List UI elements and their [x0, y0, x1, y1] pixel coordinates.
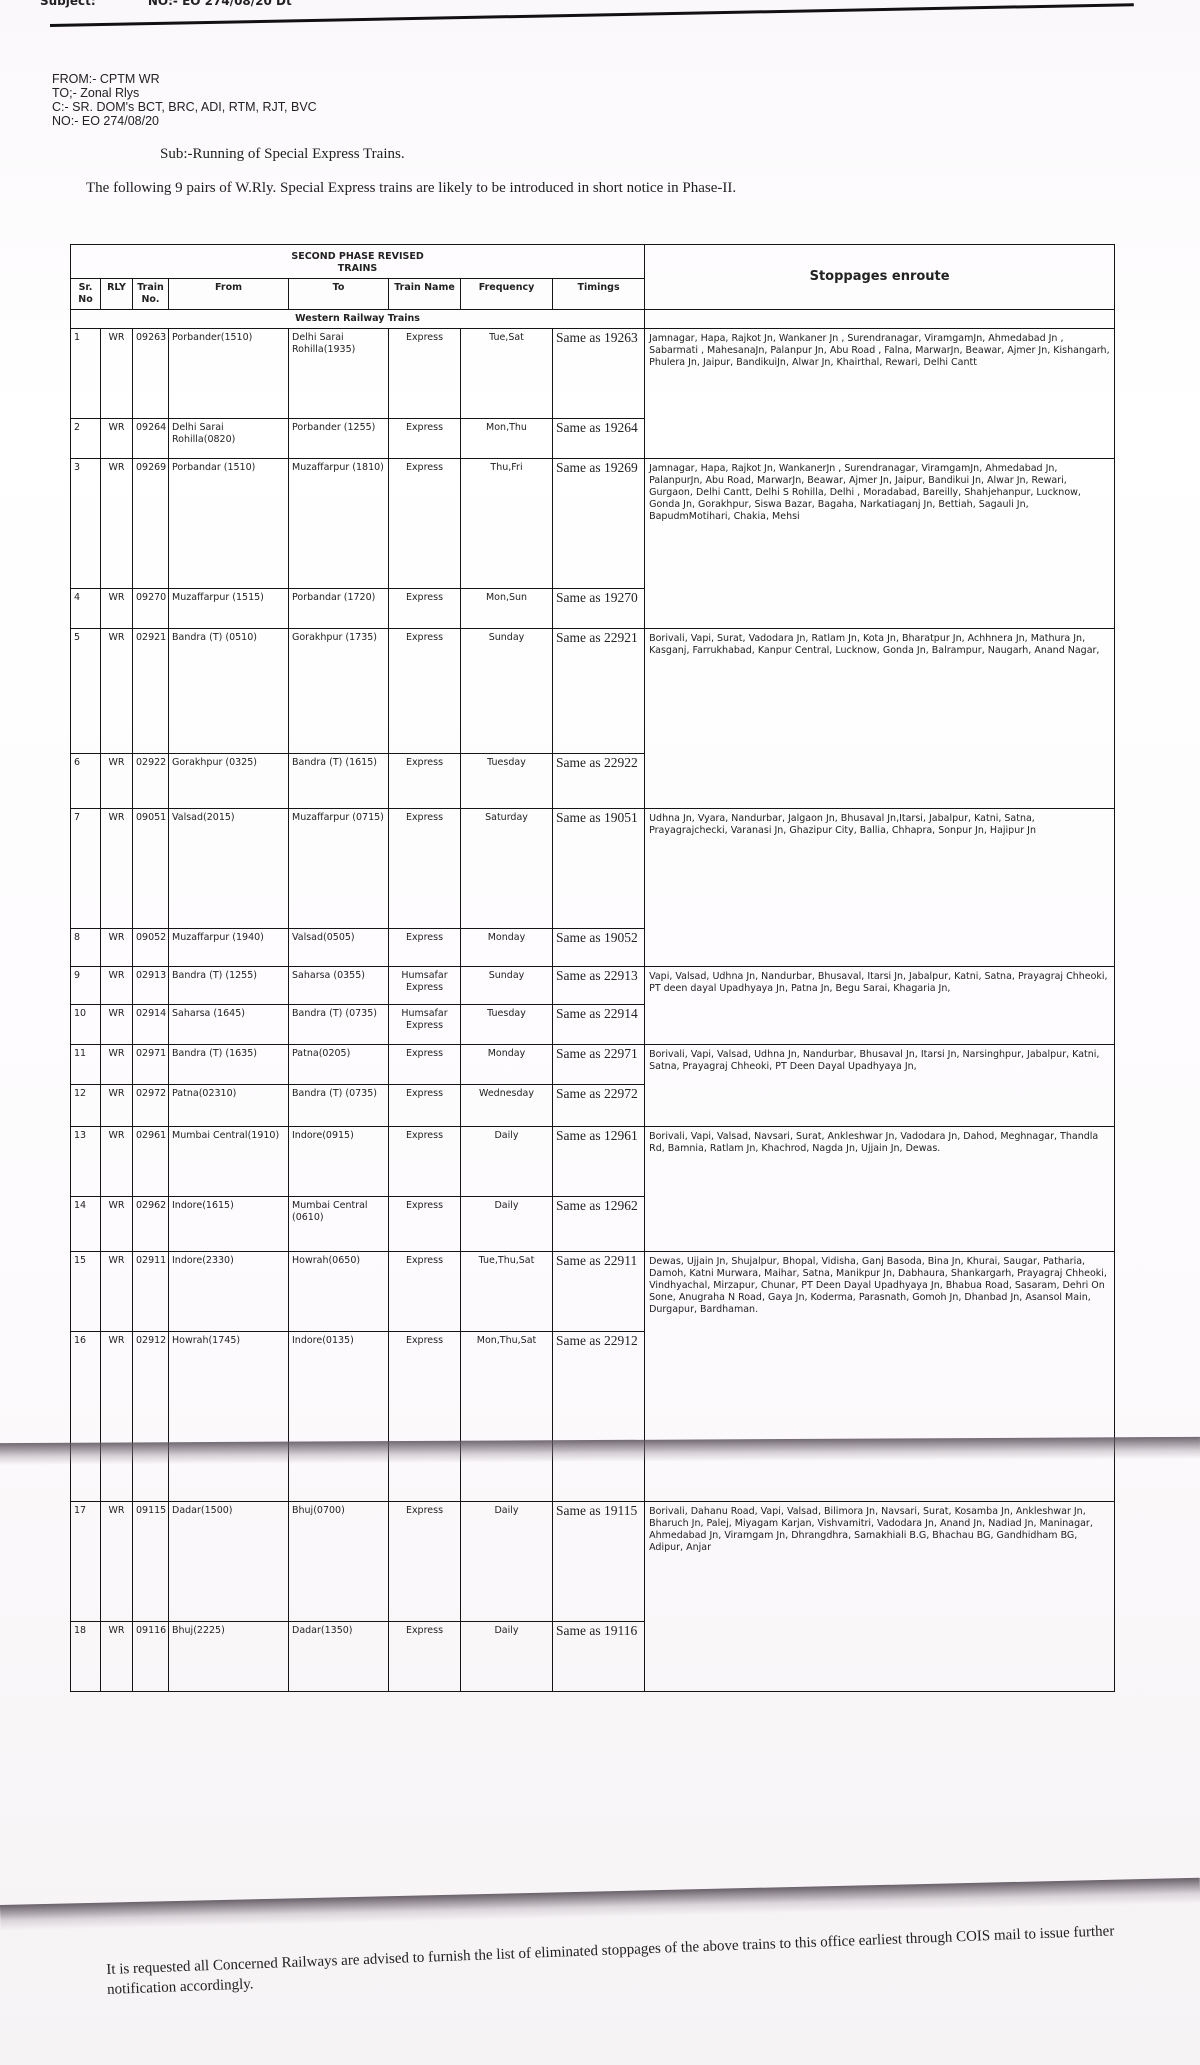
cell-sr: 13 — [71, 1127, 101, 1197]
cell-train-name: Express — [389, 1332, 461, 1502]
cell-train-name: Express — [389, 589, 461, 629]
cell-from: Gorakhpur (0325) — [169, 754, 289, 809]
table-row: 13WR02961Mumbai Central(1910)Indore(0915… — [71, 1127, 1115, 1197]
subject-line: Sub:-Running of Special Express Trains. — [160, 146, 405, 163]
cell-sr: 4 — [71, 589, 101, 629]
cell-to: Saharsa (0355) — [289, 967, 389, 1005]
cell-to: Patna(0205) — [289, 1045, 389, 1085]
cell-from: Saharsa (1645) — [169, 1005, 289, 1045]
cell-train-no: 09263 — [133, 329, 169, 419]
cell-timings: Same as 22972 — [553, 1085, 645, 1127]
cell-to: Porbander (1255) — [289, 419, 389, 459]
cell-frequency: Mon,Thu,Sat — [461, 1332, 553, 1502]
cell-frequency: Daily — [461, 1502, 553, 1622]
cell-frequency: Daily — [461, 1622, 553, 1692]
cell-sr: 10 — [71, 1005, 101, 1045]
cell-to: Dadar(1350) — [289, 1622, 389, 1692]
cell-rly: WR — [101, 1502, 133, 1622]
cell-to: Valsad(0505) — [289, 929, 389, 967]
cell-rly: WR — [101, 629, 133, 754]
cell-train-no: 02912 — [133, 1332, 169, 1502]
cell-timings: Same as 22921 — [553, 629, 645, 754]
cell-rly: WR — [101, 1005, 133, 1045]
cell-train-no: 09116 — [133, 1622, 169, 1692]
cell-frequency: Tuesday — [461, 1005, 553, 1045]
cell-timings: Same as 12962 — [553, 1197, 645, 1252]
col-stoppages: Stoppages enroute — [645, 245, 1115, 310]
cell-sr: 16 — [71, 1332, 101, 1502]
cell-frequency: Daily — [461, 1127, 553, 1197]
cell-stoppages: Borivali, Dahanu Road, Vapi, Valsad, Bil… — [645, 1502, 1115, 1692]
cell-to: Indore(0135) — [289, 1332, 389, 1502]
cell-frequency: Wednesday — [461, 1085, 553, 1127]
cell-stoppages: Jamnagar, Hapa, Rajkot Jn, Wankaner Jn ,… — [645, 329, 1115, 459]
cell-frequency: Sunday — [461, 967, 553, 1005]
cell-sr: 7 — [71, 809, 101, 929]
cell-from: Bandra (T) (1255) — [169, 967, 289, 1005]
cell-train-no: 02914 — [133, 1005, 169, 1045]
cell-to: Muzaffarpur (0715) — [289, 809, 389, 929]
cell-from: Bandra (T) (1635) — [169, 1045, 289, 1085]
cell-timings: Same as 22912 — [553, 1332, 645, 1502]
table-title: SECOND PHASE REVISED TRAINS — [71, 245, 645, 279]
cell-train-no: 02962 — [133, 1197, 169, 1252]
cell-from: Bhuj(2225) — [169, 1622, 289, 1692]
cell-train-name: Express — [389, 809, 461, 929]
cell-from: Howrah(1745) — [169, 1332, 289, 1502]
cell-timings: Same as 22913 — [553, 967, 645, 1005]
cell-rly: WR — [101, 419, 133, 459]
cell-timings: Same as 19269 — [553, 459, 645, 589]
memo-header: FROM:- CPTM WR TO;- Zonal Rlys C:- SR. D… — [52, 72, 317, 128]
cell-from: Porbandar (1510) — [169, 459, 289, 589]
cell-sr: 3 — [71, 459, 101, 589]
cell-train-no: 02961 — [133, 1127, 169, 1197]
cell-timings: Same as 19264 — [553, 419, 645, 459]
cell-rly: WR — [101, 459, 133, 589]
cell-to: Bandra (T) (1615) — [289, 754, 389, 809]
table-row: 17WR09115Dadar(1500)Bhuj(0700)ExpressDai… — [71, 1502, 1115, 1622]
cell-train-no: 02921 — [133, 629, 169, 754]
cell-train-name: Express — [389, 929, 461, 967]
cell-frequency: Monday — [461, 929, 553, 967]
cell-train-name: Express — [389, 629, 461, 754]
cell-timings: Same as 22971 — [553, 1045, 645, 1085]
from-line: FROM:- CPTM WR — [52, 72, 317, 86]
cell-stoppages: Borivali, Vapi, Valsad, Udhna Jn, Nandur… — [645, 1045, 1115, 1127]
cell-train-no: 02971 — [133, 1045, 169, 1085]
cell-from: Patna(02310) — [169, 1085, 289, 1127]
cell-timings: Same as 19270 — [553, 589, 645, 629]
cell-rly: WR — [101, 1127, 133, 1197]
cell-to: Indore(0915) — [289, 1127, 389, 1197]
cell-sr: 9 — [71, 967, 101, 1005]
cell-from: Indore(2330) — [169, 1252, 289, 1332]
cell-to: Gorakhpur (1735) — [289, 629, 389, 754]
to-line: TO;- Zonal Rlys — [52, 86, 317, 100]
table-row: 15WR02911Indore(2330)Howrah(0650)Express… — [71, 1252, 1115, 1332]
subject-label: Subject: — [40, 0, 96, 8]
cell-sr: 8 — [71, 929, 101, 967]
cell-rly: WR — [101, 329, 133, 419]
cell-stoppages: Udhna Jn, Vyara, Nandurbar, Jalgaon Jn, … — [645, 809, 1115, 967]
cell-sr: 1 — [71, 329, 101, 419]
col-train-no: Train No. — [133, 279, 169, 310]
cell-stoppages: Dewas, Ujjain Jn, Shujalpur, Bhopal, Vid… — [645, 1252, 1115, 1502]
ref-number: NO:- EO 274/08/20 — [52, 114, 317, 128]
cell-train-no: 09269 — [133, 459, 169, 589]
intro-paragraph: The following 9 pairs of W.Rly. Special … — [86, 180, 736, 197]
cell-frequency: Daily — [461, 1197, 553, 1252]
col-sr: Sr. No — [71, 279, 101, 310]
cell-frequency: Mon,Thu — [461, 419, 553, 459]
cell-from: Valsad(2015) — [169, 809, 289, 929]
cell-sr: 11 — [71, 1045, 101, 1085]
cell-frequency: Tue,Thu,Sat — [461, 1252, 553, 1332]
cell-from: Muzaffarpur (1940) — [169, 929, 289, 967]
cell-rly: WR — [101, 1085, 133, 1127]
cell-train-name: Express — [389, 1045, 461, 1085]
cell-rly: WR — [101, 754, 133, 809]
cell-to: Muzaffarpur (1810) — [289, 459, 389, 589]
cell-from: Indore(1615) — [169, 1197, 289, 1252]
cell-frequency: Tuesday — [461, 754, 553, 809]
cell-stoppages: Vapi, Valsad, Udhna Jn, Nandurbar, Bhusa… — [645, 967, 1115, 1045]
cell-train-no: 02922 — [133, 754, 169, 809]
cell-from: Muzaffarpur (1515) — [169, 589, 289, 629]
cell-from: Delhi Sarai Rohilla(0820) — [169, 419, 289, 459]
cell-to: Delhi Sarai Rohilla(1935) — [289, 329, 389, 419]
cell-train-name: Express — [389, 459, 461, 589]
cc-line: C:- SR. DOM's BCT, BRC, ADI, RTM, RJT, B… — [52, 100, 317, 114]
cell-train-name: Humsafar Express — [389, 967, 461, 1005]
table-row: 11WR02971Bandra (T) (1635)Patna(0205)Exp… — [71, 1045, 1115, 1085]
cell-frequency: Sunday — [461, 629, 553, 754]
cell-train-no: 02911 — [133, 1252, 169, 1332]
cell-timings: Same as 22911 — [553, 1252, 645, 1332]
cell-sr: 17 — [71, 1502, 101, 1622]
cell-stoppages: Borivali, Vapi, Valsad, Navsari, Surat, … — [645, 1127, 1115, 1252]
cell-from: Dadar(1500) — [169, 1502, 289, 1622]
cut-subject-line: Subject: NO:- EO 274/08/20 Dt — [40, 0, 340, 8]
cell-from: Bandra (T) (0510) — [169, 629, 289, 754]
cell-stoppages: Jamnagar, Hapa, Rajkot Jn, WankanerJn , … — [645, 459, 1115, 629]
cell-train-no: 09051 — [133, 809, 169, 929]
cell-train-name: Humsafar Express — [389, 1005, 461, 1045]
cell-rly: WR — [101, 809, 133, 929]
col-train-name: Train Name — [389, 279, 461, 310]
col-rly: RLY — [101, 279, 133, 310]
cell-timings: Same as 19051 — [553, 809, 645, 929]
trains-table-body: 1WR09263Porbander(1510)Delhi Sarai Rohil… — [71, 329, 1115, 1692]
cell-train-no: 09264 — [133, 419, 169, 459]
cell-train-no: 02913 — [133, 967, 169, 1005]
cell-sr: 5 — [71, 629, 101, 754]
table-row: 3WR09269Porbandar (1510)Muzaffarpur (181… — [71, 459, 1115, 589]
cell-to: Mumbai Central (0610) — [289, 1197, 389, 1252]
table-row: 5WR02921Bandra (T) (0510)Gorakhpur (1735… — [71, 629, 1115, 754]
cell-timings: Same as 22922 — [553, 754, 645, 809]
cell-to: Bandra (T) (0735) — [289, 1005, 389, 1045]
cell-to: Howrah(0650) — [289, 1252, 389, 1332]
cell-sr: 6 — [71, 754, 101, 809]
cell-timings: Same as 22914 — [553, 1005, 645, 1045]
cell-train-no: 02972 — [133, 1085, 169, 1127]
cell-train-name: Express — [389, 1197, 461, 1252]
cell-stoppages: Borivali, Vapi, Surat, Vadodara Jn, Ratl… — [645, 629, 1115, 809]
cell-train-name: Express — [389, 1502, 461, 1622]
cell-from: Mumbai Central(1910) — [169, 1127, 289, 1197]
paper-fold-shadow-bottom — [0, 1878, 1200, 1931]
cell-timings: Same as 19116 — [553, 1622, 645, 1692]
section-western-railway: Western Railway Trains — [71, 310, 645, 329]
section-spacer — [645, 310, 1115, 329]
cell-sr: 12 — [71, 1085, 101, 1127]
cell-from: Porbander(1510) — [169, 329, 289, 419]
cell-frequency: Thu,Fri — [461, 459, 553, 589]
cell-timings: Same as 19263 — [553, 329, 645, 419]
subject-ref: NO:- EO 274/08/20 Dt — [148, 0, 292, 8]
cell-timings: Same as 19052 — [553, 929, 645, 967]
cell-rly: WR — [101, 967, 133, 1005]
cell-rly: WR — [101, 589, 133, 629]
cell-to: Porbandar (1720) — [289, 589, 389, 629]
cell-to: Bhuj(0700) — [289, 1502, 389, 1622]
cell-train-name: Express — [389, 1085, 461, 1127]
cell-rly: WR — [101, 1197, 133, 1252]
cell-train-name: Express — [389, 419, 461, 459]
cell-train-name: Express — [389, 754, 461, 809]
footer-request: It is requested all Concerned Railways a… — [106, 1919, 1187, 2000]
cell-train-name: Express — [389, 1127, 461, 1197]
col-from: From — [169, 279, 289, 310]
document-page: Subject: NO:- EO 274/08/20 Dt FROM:- CPT… — [0, 0, 1200, 2065]
cell-to: Bandra (T) (0735) — [289, 1085, 389, 1127]
cell-frequency: Saturday — [461, 809, 553, 929]
col-frequency: Frequency — [461, 279, 553, 310]
cell-train-no: 09052 — [133, 929, 169, 967]
cell-rly: WR — [101, 929, 133, 967]
cell-train-name: Express — [389, 1252, 461, 1332]
cell-rly: WR — [101, 1622, 133, 1692]
cell-rly: WR — [101, 1332, 133, 1502]
cell-sr: 15 — [71, 1252, 101, 1332]
cell-sr: 18 — [71, 1622, 101, 1692]
cell-train-name: Express — [389, 1622, 461, 1692]
cell-frequency: Tue,Sat — [461, 329, 553, 419]
table-row: 7WR09051Valsad(2015)Muzaffarpur (0715)Ex… — [71, 809, 1115, 929]
cell-train-no: 09270 — [133, 589, 169, 629]
cell-timings: Same as 12961 — [553, 1127, 645, 1197]
table-row: 9WR02913Bandra (T) (1255)Saharsa (0355)H… — [71, 967, 1115, 1005]
col-to: To — [289, 279, 389, 310]
cell-frequency: Mon,Sun — [461, 589, 553, 629]
col-timings: Timings — [553, 279, 645, 310]
cell-train-name: Express — [389, 329, 461, 419]
cell-frequency: Monday — [461, 1045, 553, 1085]
trains-table: SECOND PHASE REVISED TRAINS Stoppages en… — [70, 244, 1115, 1692]
cell-sr: 14 — [71, 1197, 101, 1252]
cell-rly: WR — [101, 1045, 133, 1085]
cell-timings: Same as 19115 — [553, 1502, 645, 1622]
cell-rly: WR — [101, 1252, 133, 1332]
cell-sr: 2 — [71, 419, 101, 459]
cell-train-no: 09115 — [133, 1502, 169, 1622]
table-row: 1WR09263Porbander(1510)Delhi Sarai Rohil… — [71, 329, 1115, 419]
